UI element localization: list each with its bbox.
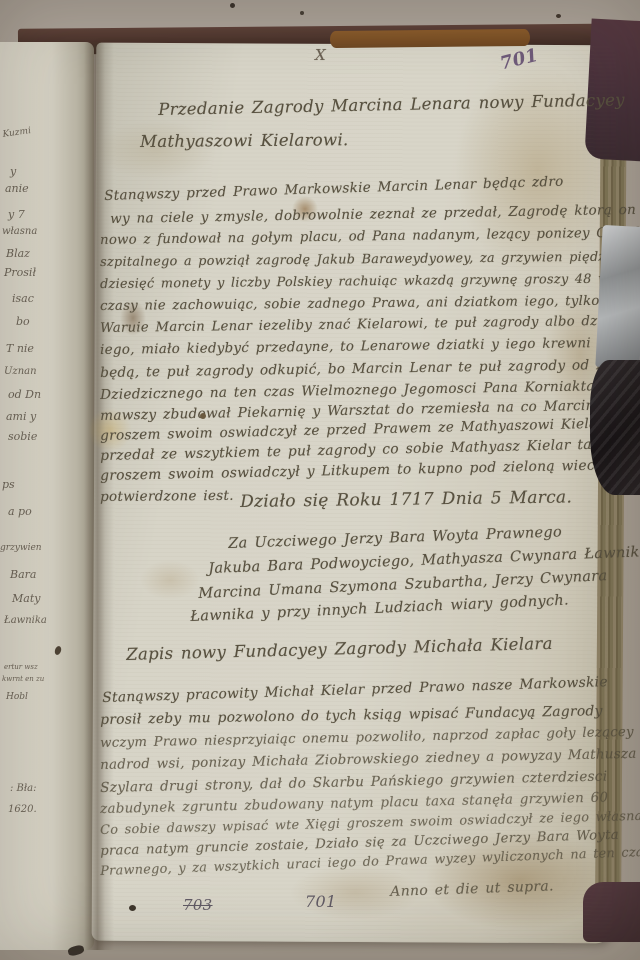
left-page-text-fragment: y 7 (8, 208, 25, 221)
speck (230, 3, 235, 8)
manuscript-photo: X 701 Przedanie Zagrody Marcina Lenara n… (0, 0, 640, 960)
dark-leather-strap (590, 360, 640, 495)
page-number-bottom: 701 (305, 892, 336, 911)
speck (556, 14, 561, 18)
left-page-text-fragment: bo (16, 315, 30, 328)
left-page-text-fragment: : Bła: (10, 783, 36, 794)
header-cross-mark: X (315, 46, 326, 64)
left-page-text-fragment: kwrnt en zu (2, 675, 44, 683)
left-page-text-fragment: a po (8, 505, 32, 518)
left-page-text-fragment: 1620. (8, 804, 37, 815)
book-cover-worn-leather (330, 29, 530, 48)
speck (300, 11, 304, 15)
left-page-text-fragment: ami y (6, 410, 36, 423)
left-page-text-fragment: sobie (8, 430, 37, 443)
left-page-text-fragment: grzywien (0, 543, 42, 553)
book-cover-corner-bottom-right (583, 882, 640, 942)
entry1-title-line2: Mathyaszowi Kielarowi. (140, 130, 349, 151)
metal-page-weight (595, 225, 640, 369)
manuscript-line: potwierdzone iest. (100, 488, 234, 505)
left-page-text-fragment: anie (5, 182, 29, 195)
left-page-text-fragment: Bara (10, 568, 36, 581)
left-page-text-fragment: Hobl (6, 692, 28, 702)
left-page-text-fragment: Prosił (4, 266, 36, 279)
left-page-text-fragment: y (10, 165, 16, 178)
left-page-text-fragment: T nie (6, 342, 34, 355)
left-page-text-fragment: Maty (12, 592, 40, 605)
left-page-text-fragment: od Dn (8, 388, 41, 401)
left-page-text-fragment: ertur wsz (4, 663, 38, 671)
left-page-text-fragment: ps (2, 478, 15, 491)
left-page-text-fragment: własna (2, 226, 37, 237)
left-page-text-fragment: Ławnika (4, 615, 47, 626)
left-page-text-fragment: Blaz (6, 247, 30, 260)
left-page-text-fragment: Uznan (4, 366, 37, 377)
left-page-text-fragment: isac (12, 292, 34, 305)
page-number-bottom-struck: 703 (183, 896, 213, 914)
